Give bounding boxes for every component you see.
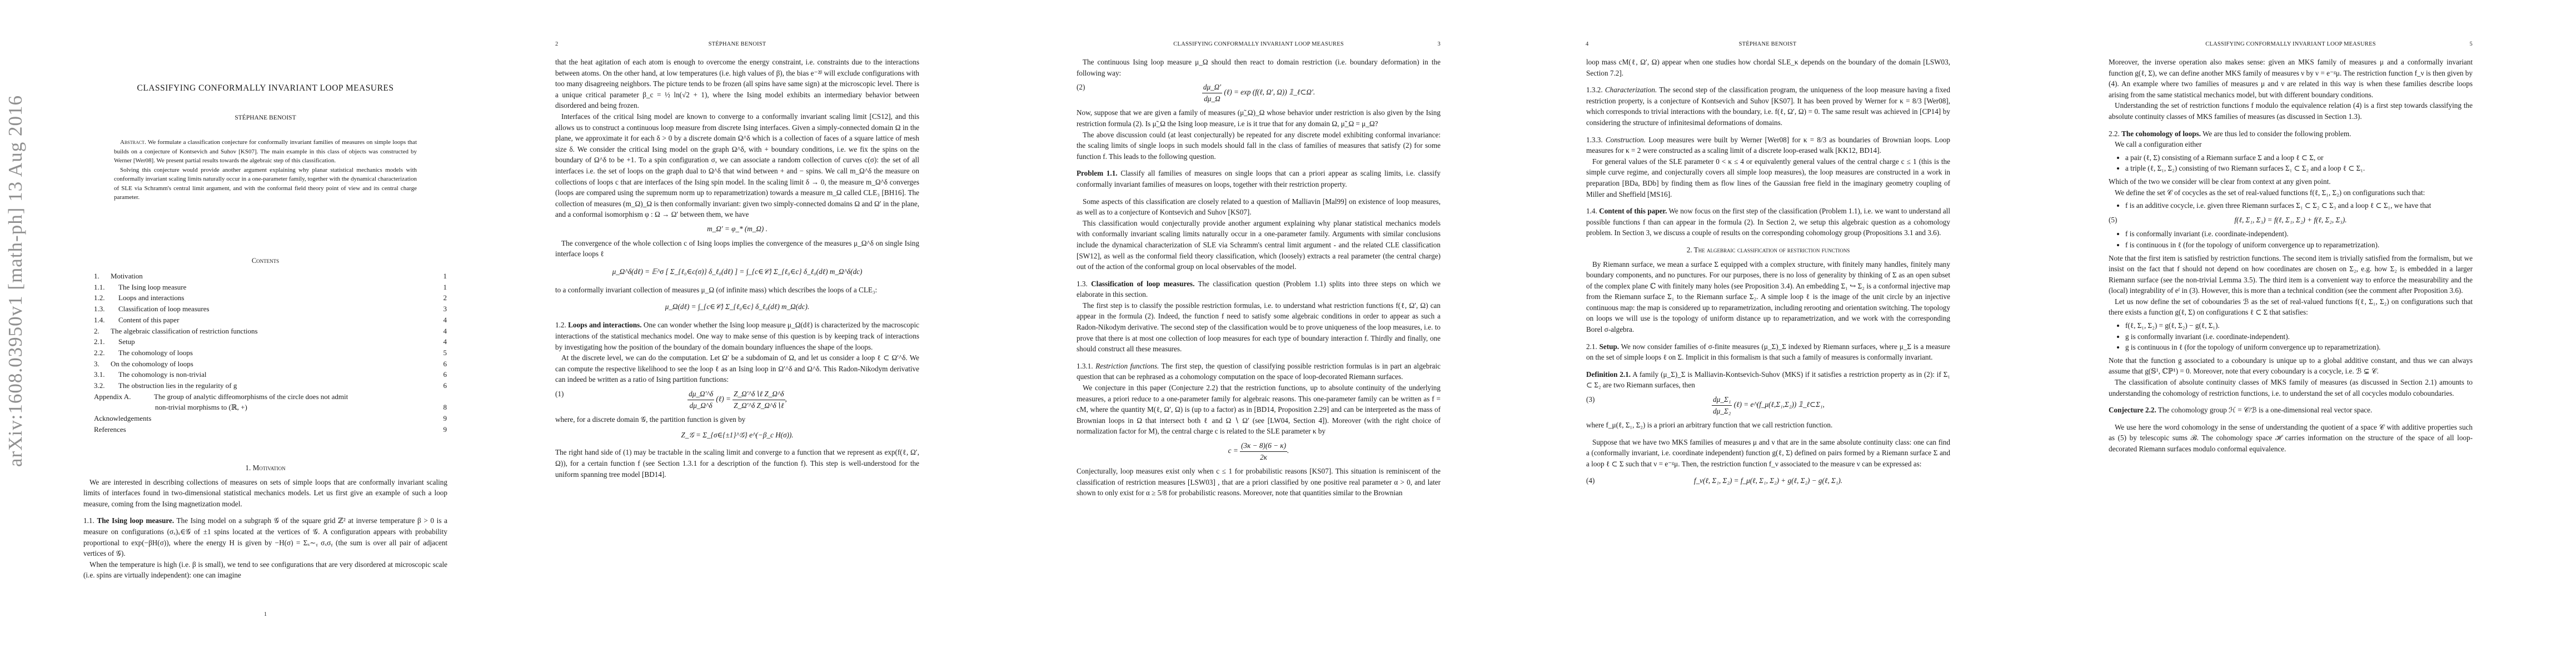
list-item: g is conformally invariant (i.e. coordin… (2125, 331, 2473, 342)
toc-entry[interactable]: 2.2.The cohomology of loops5 (94, 347, 447, 359)
paragraph: loop mass cM(ℓ, Ω′, Ω) appear when one s… (1586, 57, 1950, 78)
paragraph: When the temperature is high (i.e. β is … (83, 559, 447, 581)
paragraph: At the discrete level, we can do the com… (555, 352, 919, 385)
paragraph: The above discussion could (at least con… (1077, 130, 1441, 162)
page-3-body: The continuous Ising loop measure μ_Ω sh… (1077, 57, 1441, 499)
subsection-1-1: 1.1. The Ising loop measure. The Ising m… (83, 515, 447, 559)
paragraph: We define the set 𝒞 of cocycles as the s… (2109, 187, 2473, 198)
paragraph: Interfaces of the critical Ising model a… (555, 111, 919, 220)
abstract: Abstract. We formulate a classification … (114, 138, 417, 202)
equation-conformal-invariance: m_Ω′ = φ_* (m_Ω) . (555, 223, 919, 235)
page-1: arXiv:1608.03950v1 [math-ph] 13 Aug 2016… (0, 0, 515, 667)
paragraph: The continuous Ising loop measure μ_Ω sh… (1077, 57, 1441, 78)
toc-entry[interactable]: 1.3.Classification of loop measures3 (94, 303, 447, 315)
page-1-body: 1. Motivation We are interested in descr… (83, 462, 447, 581)
paragraph: where, for a discrete domain 𝒢, the part… (555, 414, 919, 425)
page-number: 4 (1586, 41, 1588, 47)
toc-entry[interactable]: 1.1.The Ising loop measure1 (94, 282, 447, 293)
list-item: f(ℓ, Σ₁, Σ₂) = g(ℓ, Σ₂) − g(ℓ, Σ₁). (2125, 320, 2473, 331)
problem-1-1: Problem 1.1. Classify all families of me… (1077, 168, 1441, 190)
page-4: 4 STÉPHANE BENOIST loop mass cM(ℓ, Ω′, Ω… (1546, 0, 2061, 667)
paragraph: We are interested in describing collecti… (83, 477, 447, 510)
equation-3: (3) dμ_Σ₁dμ_Σ₂ (ℓ) = e^(f_μ(ℓ,Σ₁,Σ₂)) 𝟙_… (1586, 394, 1950, 416)
equation-central-charge: c = (3κ − 8)(6 − κ)2κ. (1077, 440, 1441, 462)
paragraph: We use here the word cohomology in the s… (2109, 422, 2473, 455)
toc-entry[interactable]: 1.4.Content of this paper4 (94, 315, 447, 326)
list-item: f is continuous in ℓ (for the topology o… (2125, 240, 2473, 251)
paragraph: Conjecturally, loop measures exist only … (1077, 466, 1441, 499)
paragraph: By Riemann surface, we mean a surface Σ … (1586, 259, 1950, 335)
paragraph: that the heat agitation of each atom is … (555, 57, 919, 111)
page-number: 1 (83, 611, 447, 618)
running-header: CLASSIFYING CONFORMALLY INVARIANT LOOP M… (1077, 41, 1441, 47)
subsubsection-1-3-2: 1.3.2. Characterization. The second step… (1586, 84, 1950, 128)
equation-5: (5) f(ℓ, Σ₁, Σ₃) = f(ℓ, Σ₁, Σ₂) + f(ℓ, Σ… (2109, 215, 2473, 226)
subsection-1-3: 1.3. Classification of loop measures. Th… (1077, 278, 1441, 300)
conjecture-2-2: Conjecture 2.2. The cohomology group ℋ =… (2109, 405, 2473, 416)
definition-2-1: Definition 2.1. A family (μ_Σ)_Σ is Mall… (1586, 369, 1950, 391)
toc-entry[interactable]: 2.The algebraic classification of restri… (94, 326, 447, 337)
paragraph: Let us now define the set of coboundarie… (2109, 296, 2473, 318)
coboundary-conditions-list: f(ℓ, Σ₁, Σ₂) = g(ℓ, Σ₂) − g(ℓ, Σ₁). g is… (2109, 320, 2473, 353)
list-item: f is conformally invariant (i.e. coordin… (2125, 228, 2473, 240)
running-header: CLASSIFYING CONFORMALLY INVARIANT LOOP M… (2109, 41, 2473, 47)
paragraph: The classification of absolute continuit… (2109, 377, 2473, 399)
toc-entry[interactable]: 3.2.The obstruction lies in the regulari… (94, 380, 447, 391)
paragraph: Note that the first item is satisfied by… (2109, 253, 2473, 296)
equation-2: (2) dμ_Ω′dμ_Ω (ℓ) = exp (f(ℓ, Ω′, Ω)) 𝟙_… (1077, 82, 1441, 104)
abstract-paragraph-2: Solving this conjecture would provide an… (114, 166, 417, 202)
paragraph: For general values of the SLE parameter … (1586, 156, 1950, 200)
equation-mu-delta: μ_Ω^δ(dℓ) = 𝔼^σ [ Σ_{ℓ₀∈c(σ)} δ_ℓ₀(dℓ) ]… (555, 266, 919, 277)
subsubsection-1-3-1: 1.3.1. Restriction functions. The first … (1077, 361, 1441, 382)
subsubsection-1-3-3: 1.3.3. Construction. Loop measures were … (1586, 135, 1950, 156)
page-2: 2 STÉPHANE BENOIST that the heat agitati… (515, 0, 1030, 667)
paragraph: Note that the function g associated to a… (2109, 355, 2473, 377)
page-5-body: Moreover, the inverse operation also mak… (2109, 57, 2473, 455)
paragraph: Some aspects of this classification are … (1077, 196, 1441, 218)
paper-author: STÉPHANE BENOIST (83, 115, 447, 121)
paragraph: The first step is to classify the possib… (1077, 300, 1441, 355)
equation-1: (1) dμ_Ω′^δdμ_Ω^δ (ℓ) = Z_Ω′^δ∖ℓ Z_Ω^δZ_… (555, 389, 919, 411)
paragraph: to a conformally invariant collection of… (555, 285, 919, 296)
paragraph: Now, suppose that we are given a family … (1077, 107, 1441, 129)
toc-entry[interactable]: Acknowledgements9 (94, 413, 447, 424)
paragraph: Moreover, the inverse operation also mak… (2109, 57, 2473, 100)
section-2-heading: 2. The algebraic classification of restr… (1586, 245, 1950, 256)
equation-4: (4) f_ν(ℓ, Σ₁, Σ₂) = f_μ(ℓ, Σ₁, Σ₂) + g(… (1586, 475, 1950, 486)
paragraph: This classification would conjecturally … (1077, 218, 1441, 272)
paragraph: Which of the two we consider will be cle… (2109, 176, 2473, 187)
toc-entry-appendix[interactable]: Appendix A.The group of analytic diffeom… (94, 391, 447, 413)
arxiv-stamp: arXiv:1608.03950v1 [math-ph] 13 Aug 2016 (4, 95, 27, 467)
list-item: f is an additive cocycle, i.e. given thr… (2125, 200, 2473, 211)
page-number: 3 (1438, 41, 1441, 47)
toc-entry[interactable]: 1.Motivation1 (94, 271, 447, 282)
subsection-title: The Ising loop measure. (97, 516, 174, 525)
paragraph: where f_μ(ℓ, Σ₁, Σ₂) is a priori an arbi… (1586, 420, 1950, 431)
running-header: 2 STÉPHANE BENOIST (555, 41, 919, 47)
paragraph: Suppose that we have two MKS families of… (1586, 437, 1950, 470)
list-item: g is continuous in ℓ (for the topology o… (2125, 342, 2473, 353)
toc-entry[interactable]: 2.1.Setup4 (94, 336, 447, 347)
list-item: a triple (ℓ, Σ₁, Σ₂) consisting of two R… (2125, 163, 2473, 174)
subsection-1-2: 1.2. Loops and interactions. One can won… (555, 320, 919, 352)
abstract-label: Abstract. (120, 139, 146, 146)
subsection-2-1: 2.1. Setup. We now consider families of … (1586, 341, 1950, 363)
paragraph: We call a configuration either (2109, 139, 2473, 150)
page-5: CLASSIFYING CONFORMALLY INVARIANT LOOP M… (2061, 0, 2576, 667)
paragraph: The right hand side of (1) may be tracta… (555, 447, 919, 480)
toc-entry[interactable]: 3.1.The cohomology is non-trivial6 (94, 369, 447, 380)
list-item: a pair (ℓ, Σ) consisting of a Riemann su… (2125, 152, 2473, 163)
paragraph: We conjecture in this paper (Conjecture … (1077, 382, 1441, 437)
running-header: 4 STÉPHANE BENOIST (1586, 41, 1950, 47)
page-number: 2 (555, 41, 558, 47)
page-3: CLASSIFYING CONFORMALLY INVARIANT LOOP M… (1030, 0, 1546, 667)
toc-entry[interactable]: References9 (94, 424, 447, 435)
cocycle-conditions-list-cont: f is conformally invariant (i.e. coordin… (2109, 228, 2473, 250)
page-4-body: loop mass cM(ℓ, Ω′, Ω) appear when one s… (1586, 57, 1950, 489)
paragraph: Understanding the set of restriction fun… (2109, 100, 2473, 122)
configuration-list: a pair (ℓ, Σ) consisting of a Riemann su… (2109, 152, 2473, 174)
contents-heading: Contents (83, 257, 447, 265)
toc-entry[interactable]: 3.On the cohomology of loops6 (94, 359, 447, 370)
page-number: 5 (2470, 41, 2473, 47)
abstract-paragraph-1: Abstract. We formulate a classification … (114, 138, 417, 166)
paper-title: CLASSIFYING CONFORMALLY INVARIANT LOOP M… (83, 83, 447, 93)
paragraph: The convergence of the whole collection … (555, 238, 919, 260)
section-1-heading: 1. Motivation (83, 462, 447, 474)
subsection-2-2: 2.2. The cohomology of loops. We are thu… (2109, 128, 2473, 140)
page-2-body: that the heat agitation of each atom is … (555, 57, 919, 480)
subsection-1-4: 1.4. Content of this paper. We now focus… (1586, 206, 1950, 238)
equation-mu: μ_Ω(dℓ) = ∫_{c∈𝒞} Σ_{ℓ₀∈c} δ_ℓ₀(dℓ) m_Ω(… (555, 301, 919, 312)
toc-entry[interactable]: 1.2.Loops and interactions2 (94, 292, 447, 303)
cocycle-conditions-list: f is an additive cocycle, i.e. given thr… (2109, 200, 2473, 211)
equation-partition-function: Z_𝒢 = Σ_{σ∈{±1}^𝒢} e^(−β_c H(σ)). (555, 430, 919, 441)
table-of-contents: 1.Motivation1 1.1.The Ising loop measure… (94, 271, 447, 435)
